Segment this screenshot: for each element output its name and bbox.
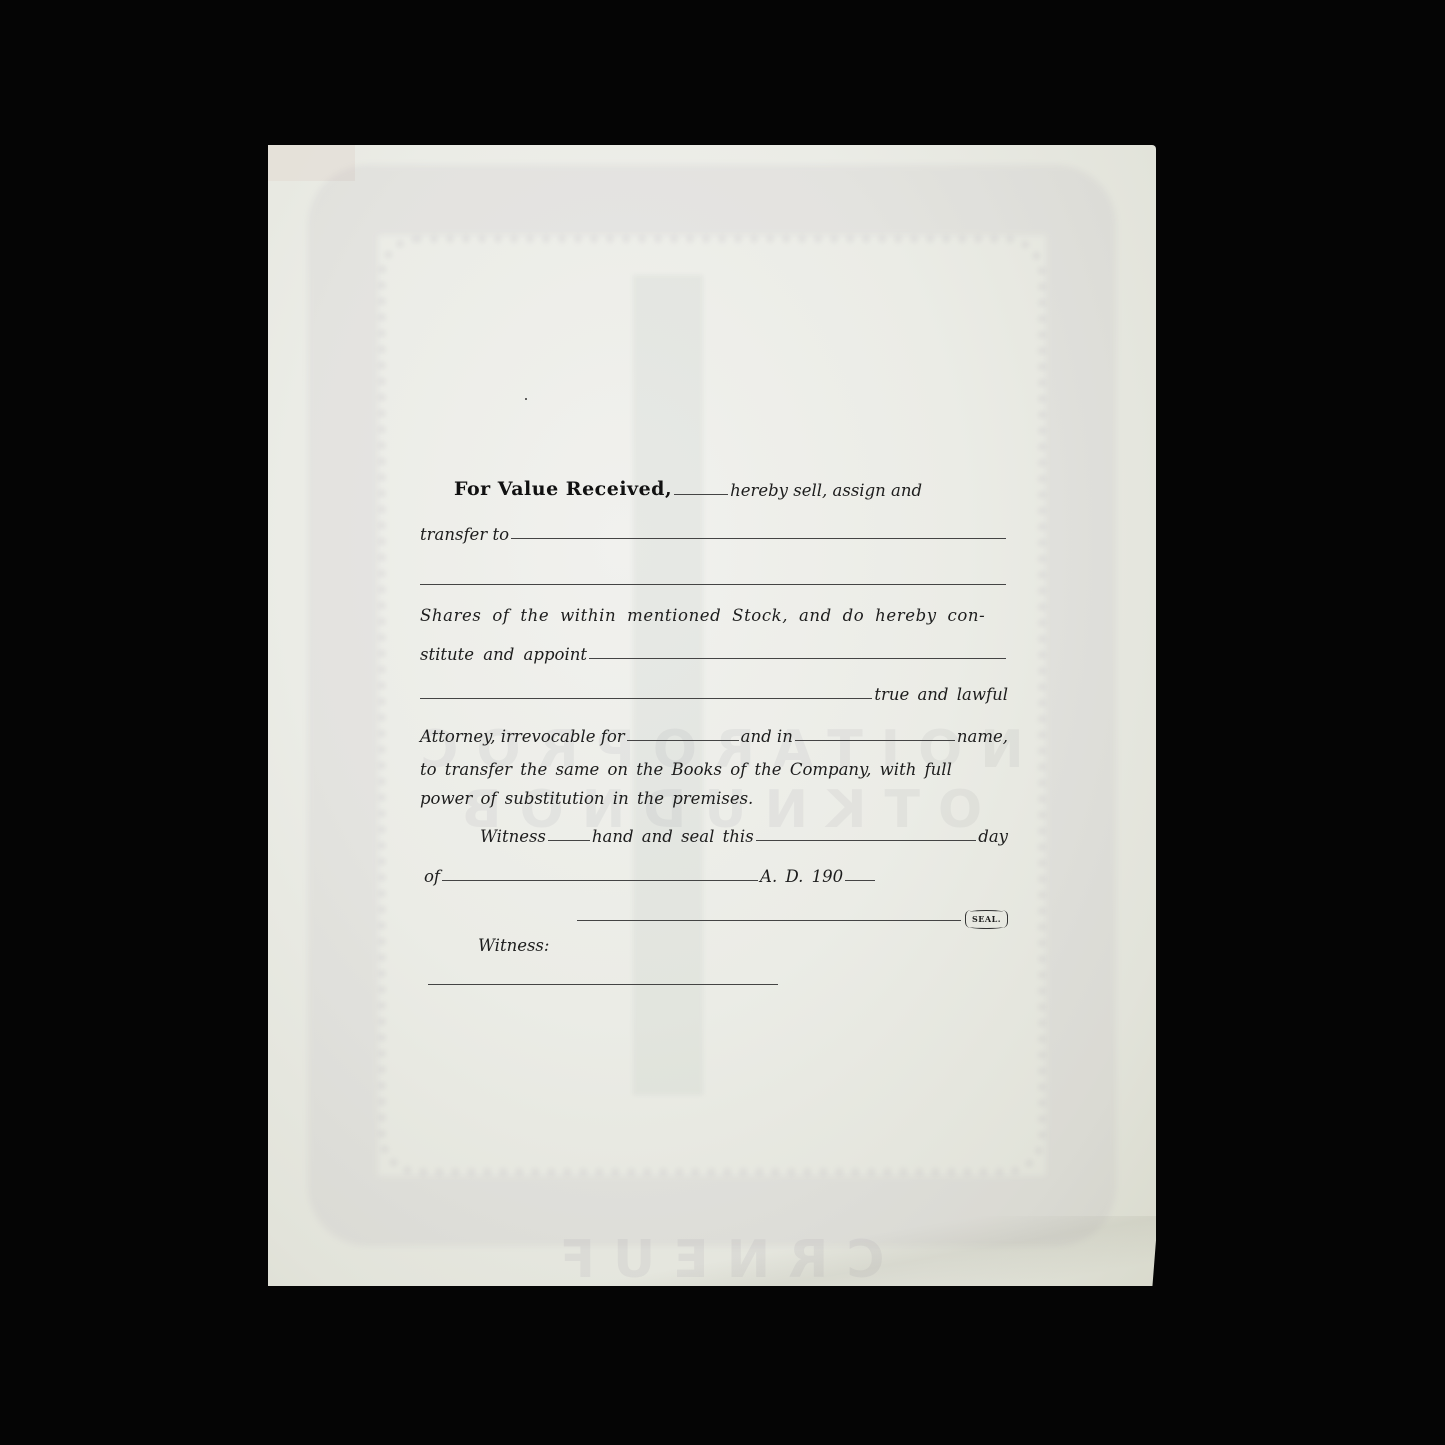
- form-line-7: Attorney, irrevocable for and in name,: [420, 722, 1008, 746]
- form-text: of: [424, 867, 440, 886]
- form-line-1: For Value Received, hereby sell, assign …: [420, 476, 1008, 500]
- transferee-blank[interactable]: [511, 538, 1006, 539]
- day-blank[interactable]: [756, 840, 977, 841]
- form-line-8: to transfer the same on the Books of the…: [420, 755, 1008, 779]
- form-text: power of substitution in the premises.: [420, 789, 753, 808]
- signature-blank[interactable]: [577, 920, 961, 921]
- form-text: Witness: [480, 827, 546, 846]
- witness-blank[interactable]: [548, 840, 590, 841]
- bleed-through-inner-border: [378, 235, 1046, 1176]
- form-text: A. D. 190: [760, 867, 843, 886]
- form-line-5: stitute and appoint: [420, 640, 1008, 664]
- form-line-4: Shares of the within mentioned Stock, an…: [420, 601, 1008, 625]
- form-line-12: SEAL.: [420, 902, 1008, 926]
- form-line-9: power of substitution in the premises.: [420, 784, 1008, 808]
- paper-fold-shadow: [268, 1216, 1156, 1286]
- year-blank[interactable]: [845, 880, 875, 881]
- form-text: Shares of the within mentioned Stock, an…: [420, 606, 985, 625]
- form-line-6: true and lawful: [420, 680, 1008, 704]
- witness-signature-blank[interactable]: [428, 984, 778, 985]
- form-text: transfer to: [420, 525, 509, 544]
- attorney-blank[interactable]: [589, 658, 1006, 659]
- form-text: day: [978, 827, 1008, 846]
- certificate-paper: NOITAROPROC OTKNUDNOB CRNEUF: [268, 145, 1156, 1286]
- form-text: name,: [957, 727, 1008, 746]
- ink-speck: [525, 398, 527, 400]
- form-text: stitute and appoint: [420, 645, 587, 664]
- form-text: and in: [741, 727, 793, 746]
- form-line-3: [420, 566, 1008, 590]
- form-text: to transfer the same on the Books of the…: [420, 760, 952, 779]
- irrevocable-for-blank[interactable]: [627, 740, 739, 741]
- form-text: true and lawful: [874, 685, 1008, 704]
- witness-label: Witness:: [478, 936, 549, 955]
- form-text: Attorney, irrevocable for: [420, 727, 625, 746]
- month-blank[interactable]: [442, 880, 758, 881]
- form-line-11: of A. D. 190: [420, 862, 1008, 886]
- form-line-13: Witness:: [420, 931, 1008, 955]
- seal-mark: SEAL.: [965, 910, 1008, 928]
- form-text: hand and seal this: [592, 827, 754, 846]
- form-line-14: [420, 966, 1008, 990]
- assignor-blank[interactable]: [674, 494, 728, 495]
- attorney-name-blank[interactable]: [420, 698, 872, 699]
- form-text: hereby sell, assign and: [730, 481, 922, 500]
- shares-count-blank[interactable]: [420, 584, 1006, 585]
- and-in-blank[interactable]: [795, 740, 955, 741]
- form-line-10: Witness hand and seal this day: [420, 822, 1008, 846]
- form-line-2: transfer to: [420, 520, 1008, 544]
- form-heading: For Value Received,: [454, 478, 672, 500]
